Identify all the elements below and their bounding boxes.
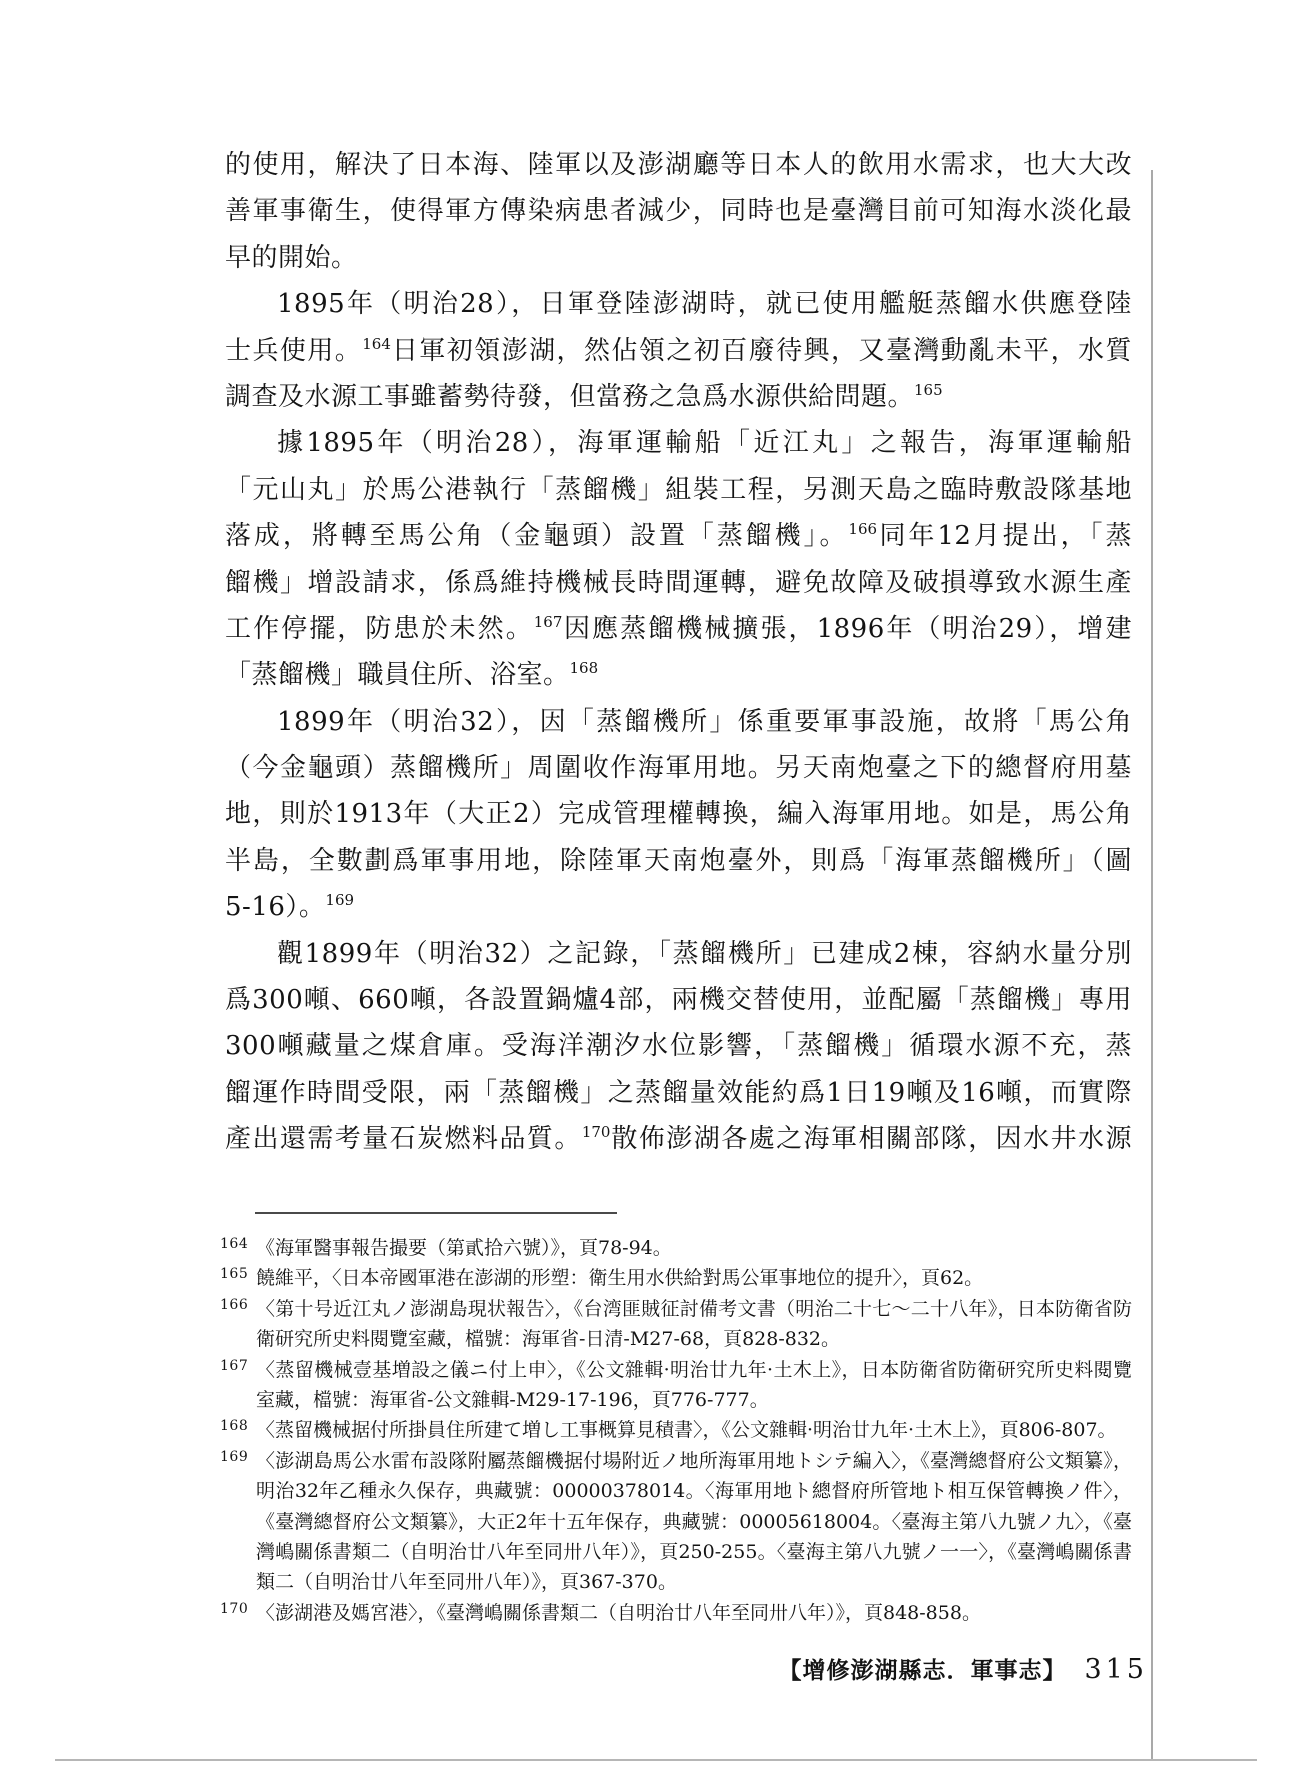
body-line: 產出還需考量石炭燃料品質。170散佈澎湖各處之海軍相關部隊，因水井水源 [225, 1116, 1132, 1162]
body-line: 5-16）。169 [225, 884, 1132, 930]
footnote-text: 〈蒸留機械壹基増設之儀ニ付上申〉，《公文雜輯·明治廿九年·土木上》，日本防衛省防… [256, 1355, 1132, 1416]
footnote-text: 〈第十号近江丸ノ澎湖島現状報告〉，《台湾匪賊征討備考文書（明治二十七～二十八年》… [256, 1294, 1132, 1355]
body-line: 1895年（明治28），日軍登陸澎湖時，就已使用艦艇蒸餾水供應登陸 [225, 281, 1132, 327]
footnote-number: 165 [220, 1259, 256, 1289]
body-line: 據1895年（明治28），海軍運輸船「近江丸」之報告，海軍運輸船 [225, 420, 1132, 466]
body-line: 工作停擺，防患於未然。167因應蒸餾機械擴張，1896年（明治29），增建 [225, 606, 1132, 652]
footnote-number: 167 [220, 1351, 256, 1412]
body-line: 早的開始。 [225, 235, 1132, 281]
footnote-text: 《海軍醫事報告撮要（第貳拾六號）》，頁78-94。 [256, 1233, 1132, 1263]
footnote-text: 〈澎湖港及媽宮港〉，《臺灣嶋關係書類二（自明治廿八年至同卅八年）》，頁848-8… [256, 1598, 1132, 1628]
body-line: 餾運作時間受限，兩「蒸餾機」之蒸餾量效能約爲1日19噸及16噸，而實際 [225, 1070, 1132, 1116]
footnote-ref: 167 [534, 613, 563, 631]
scan-edge-horizontal [55, 1759, 1257, 1761]
document-page: 的使用，解決了日本海、陸軍以及澎湖廳等日本人的飲用水需求，也大大改善軍事衛生，使… [0, 0, 1300, 1778]
footnote-ref: 166 [848, 520, 877, 538]
body-line: 300噸藏量之煤倉庫。受海洋潮汐水位影響，「蒸餾機」循環水源不充，蒸 [225, 1023, 1132, 1069]
body-line: 「蒸餾機」職員住所、浴室。168 [225, 652, 1132, 698]
footnote-item: 166〈第十号近江丸ノ澎湖島現状報告〉，《台湾匪賊征討備考文書（明治二十七～二十… [220, 1294, 1132, 1355]
footnote-ref: 164 [362, 335, 391, 353]
footnote-number: 166 [220, 1290, 256, 1351]
footnote-item: 165饒維平，〈日本帝國軍港在澎湖的形塑：衛生用水供給對馬公軍事地位的提升〉，頁… [220, 1263, 1132, 1293]
footnote-item: 164《海軍醫事報告撮要（第貳拾六號）》，頁78-94。 [220, 1233, 1132, 1263]
footer-page-number: 315 [1084, 1654, 1148, 1685]
body-text: 的使用，解決了日本海、陸軍以及澎湖廳等日本人的飲用水需求，也大大改善軍事衛生，使… [225, 142, 1132, 1163]
footnote-ref: 170 [582, 1123, 611, 1141]
footnote-number: 168 [220, 1411, 256, 1441]
body-line: 1899年（明治32），因「蒸餾機所」係重要軍事設施，故將「馬公角 [225, 699, 1132, 745]
body-line: 觀1899年（明治32）之記錄，「蒸餾機所」已建成2棟，容納水量分別 [225, 931, 1132, 977]
body-line: 「元山丸」於馬公港執行「蒸餾機」組裝工程，另測天島之臨時敷設隊基地 [225, 467, 1132, 513]
footnote-ref: 169 [325, 891, 354, 909]
footnote-number: 169 [220, 1442, 256, 1594]
body-line: （今金龜頭）蒸餾機所」周圍收作海軍用地。另天南炮臺之下的總督府用墓 [225, 745, 1132, 791]
footnote-item: 168〈蒸留機械据付所掛員住所建て増し工事概算見積書〉，《公文雜輯·明治廿九年·… [220, 1415, 1132, 1445]
body-line: 士兵使用。164日軍初領澎湖，然佔領之初百廢待興，又臺灣動亂未平，水質 [225, 328, 1132, 374]
footnote-text: 〈澎湖島馬公水雷布設隊附屬蒸餾機据付場附近ノ地所海軍用地トシテ編入〉，《臺灣總督… [256, 1446, 1132, 1598]
body-line: 調查及水源工事雖蓄勢待發，但當務之急爲水源供給問題。165 [225, 374, 1132, 420]
footnote-ref: 168 [570, 659, 599, 677]
body-line: 落成，將轉至馬公角（金龜頭）設置「蒸餾機」。166同年12月提出，「蒸 [225, 513, 1132, 559]
body-line: 善軍事衛生，使得軍方傳染病患者減少，同時也是臺灣目前可知海水淡化最 [225, 188, 1132, 234]
footnote-item: 167〈蒸留機械壹基増設之儀ニ付上申〉，《公文雜輯·明治廿九年·土木上》，日本防… [220, 1355, 1132, 1416]
body-line: 餾機」增設請求，係爲維持機械長時間運轉，避免故障及破損導致水源生產 [225, 560, 1132, 606]
page-footer: 【增修澎湖縣志．軍事志】 315 [778, 1652, 1148, 1685]
footnote-ref: 165 [914, 381, 943, 399]
scan-edge-vertical [1151, 170, 1153, 1760]
footnote-item: 170〈澎湖港及媽宮港〉，《臺灣嶋關係書類二（自明治廿八年至同卅八年）》，頁84… [220, 1598, 1132, 1628]
footnotes-list: 164《海軍醫事報告撮要（第貳拾六號）》，頁78-94。165饒維平，〈日本帝國… [220, 1233, 1132, 1628]
body-line: 半島，全數劃爲軍事用地，除陸軍天南炮臺外，則爲「海軍蒸餾機所」（圖 [225, 838, 1132, 884]
body-line: 地，則於1913年（大正2）完成管理權轉換，編入海軍用地。如是，馬公角 [225, 791, 1132, 837]
footnote-separator [255, 1212, 617, 1214]
footnote-number: 170 [220, 1594, 256, 1624]
body-line: 爲300噸、660噸，各設置鍋爐4部，兩機交替使用，並配屬「蒸餾機」專用 [225, 977, 1132, 1023]
footnote-text: 饒維平，〈日本帝國軍港在澎湖的形塑：衛生用水供給對馬公軍事地位的提升〉，頁62。 [256, 1263, 1132, 1293]
footnote-number: 164 [220, 1229, 256, 1259]
footer-book-title: 【增修澎湖縣志．軍事志】 [778, 1652, 1066, 1685]
footnote-item: 169〈澎湖島馬公水雷布設隊附屬蒸餾機据付場附近ノ地所海軍用地トシテ編入〉，《臺… [220, 1446, 1132, 1598]
footnote-text: 〈蒸留機械据付所掛員住所建て増し工事概算見積書〉，《公文雜輯·明治廿九年·土木上… [256, 1415, 1132, 1445]
body-line: 的使用，解決了日本海、陸軍以及澎湖廳等日本人的飲用水需求，也大大改 [225, 142, 1132, 188]
